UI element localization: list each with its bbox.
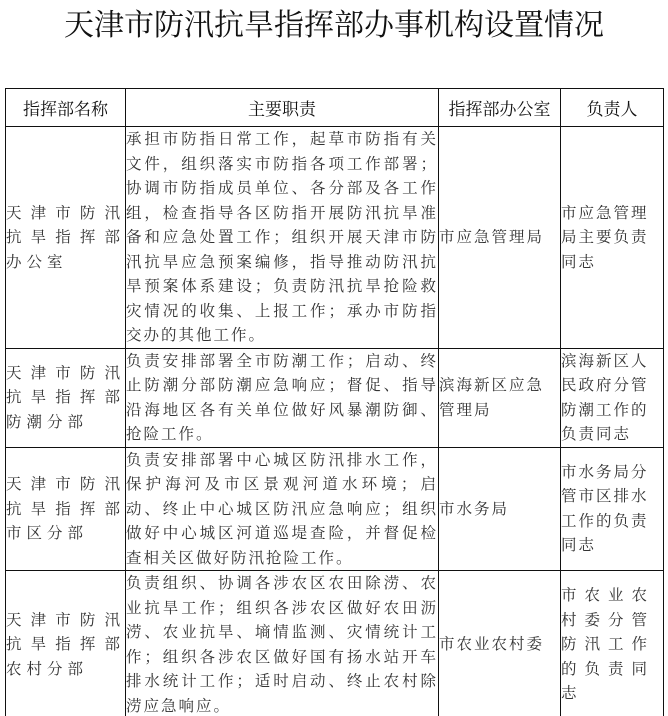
cell-name: 天津市防汛抗旱指挥部市区分部 [6,447,126,571]
header-person: 负责人 [561,89,664,127]
cell-person: 市农业农村委分管防汛工作的负责同志 [561,571,664,716]
cell-person: 市水务局分管市区排水工作的负责同志 [561,447,664,571]
header-name: 指挥部名称 [6,89,126,127]
cell-duties: 负责组织、协调各涉农区农田除涝、农业抗旱工作；组织各涉农区做好农田沥涝、农业抗旱… [126,571,439,716]
table-row: 天津市防汛抗旱指挥部市区分部 负责安排部署中心城区防汛排水工作，保护海河及市区景… [6,447,664,571]
document-title: 天津市防汛抗旱指挥部办事机构设置情况 [0,6,668,46]
cell-name: 天津市防汛抗旱指挥部防潮分部 [6,348,126,447]
header-duties: 主要职责 [126,89,439,127]
cell-office: 滨海新区应急管理局 [439,348,561,447]
table-row: 天津市防汛抗旱指挥部防潮分部 负责安排部署全市防潮工作；启动、终止防潮分部防潮应… [6,348,664,447]
cell-name: 天津市防汛抗旱指挥部办公室 [6,127,126,349]
header-office: 指挥部办公室 [439,89,561,127]
cell-duties: 承担市防指日常工作，起草市防指有关文件，组织落实市防指各项工作部署；协调市防指成… [126,127,439,349]
cell-office: 市应急管理局 [439,127,561,349]
table-row: 天津市防汛抗旱指挥部办公室 承担市防指日常工作，起草市防指有关文件，组织落实市防… [6,127,664,349]
cell-name: 天津市防汛抗旱指挥部农村分部 [6,571,126,716]
table-row: 天津市防汛抗旱指挥部农村分部 负责组织、协调各涉农区农田除涝、农业抗旱工作；组织… [6,571,664,716]
table-header-row: 指挥部名称 主要职责 指挥部办公室 负责人 [6,89,664,127]
agency-table: 指挥部名称 主要职责 指挥部办公室 负责人 天津市防汛抗旱指挥部办公室 承担市防… [5,88,664,716]
cell-duties: 负责安排部署全市防潮工作；启动、终止防潮分部防潮应急响应；督促、指导沿海地区各有… [126,348,439,447]
cell-office: 市农业农村委 [439,571,561,716]
cell-duties: 负责安排部署中心城区防汛排水工作，保护海河及市区景观河道水环境；启动、终止中心城… [126,447,439,571]
cell-person: 市应急管理局主要负责同志 [561,127,664,349]
cell-person: 滨海新区人民政府分管防潮工作的负责同志 [561,348,664,447]
cell-office: 市水务局 [439,447,561,571]
